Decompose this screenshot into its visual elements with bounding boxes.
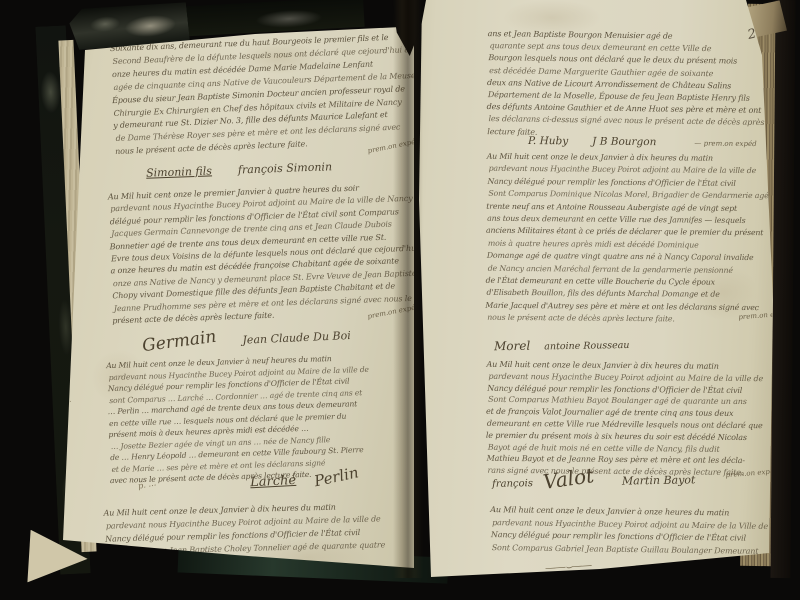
signature-row: GermainJean Claude Du Boi [142,323,377,353]
signature: P. Huby [528,135,568,147]
death-record-entry-chabitant: Au Mil huit cent onze le premier Janvier… [108,181,415,328]
gutter-shadow [393,0,423,578]
signature: françois Simonin [238,160,333,176]
right-page: ans et Jean Baptiste Bourgon Menuisier a… [400,0,780,585]
death-record-entry-gauthier-partial: ans et Jean Baptiste Bourgon Menuisier a… [486,28,765,142]
signature: Martin Bayot [622,473,696,487]
signature: Jean Claude Du Boi [242,329,351,347]
signature: Perlin [313,463,360,490]
closing-flourish: ——⌣—— [545,558,592,575]
death-record-entry-domange: Au Mil huit cent onze le deux Janvier à … [485,151,780,327]
signature: françois [492,478,533,490]
book-cover-edge-right [770,0,795,578]
margin-note: — prem.on expéd [694,139,756,148]
death-record-entry-lenfant: Soixante dix ans, demeurant rue du haut … [110,31,415,159]
signature: antoine Rousseau [544,340,629,352]
margin-annotation: p. … [137,478,157,490]
signature-row: P. HubyJ B Bourgon— prem.on expéd [528,129,757,150]
death-record-entry-bayot: Au Mil huit cent onze le deux Janvier à … [485,359,763,479]
archival-photo-background: { "photo": { "background_color": "#0a090… [0,0,800,600]
signature-row: Morelantoine Rousseau [494,333,644,355]
signature: Germain [141,327,217,357]
signature: Morel [494,339,530,354]
manuscript-line: Sont Comparus Gabriel Jean Baptiste Guil… [492,542,768,558]
signature-row: Simonin filsfrançois Simonin [146,154,359,180]
manuscript-line: nous le présent acte de décès après lect… [487,312,779,327]
signature-row: françoisValotMartin Bayot [492,464,706,492]
signature: Larché [250,473,297,490]
death-record-entry-guillau-partial: Au Mil huit cent onze le deux Janvier à … [490,504,769,558]
signature: Simonin fils [146,164,212,179]
signature: Valot [541,463,595,494]
death-record-entry-choley-partial: Au Mil huit cent onze le deux Janvier à … [103,499,385,558]
signature: J B Bourgon [592,136,656,149]
left-page: Soixante dix ans, demeurant rue du haut … [55,18,415,580]
